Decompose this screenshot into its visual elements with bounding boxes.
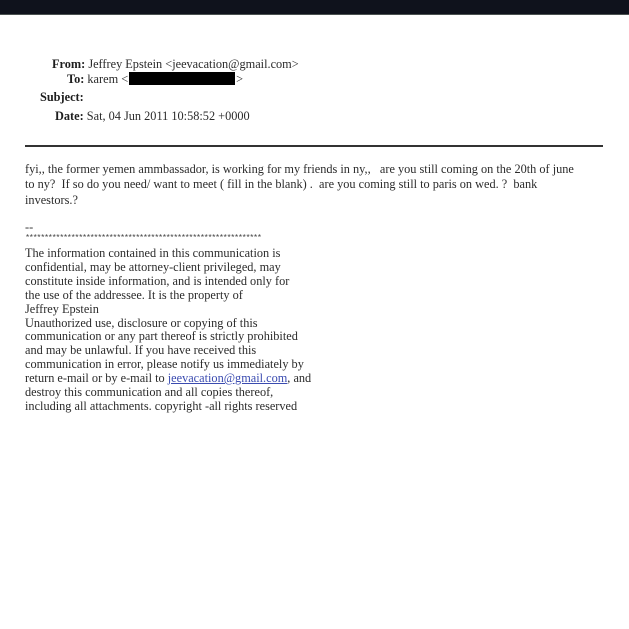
from-value: Jeffrey Epstein <jeevacation@gmail.com> xyxy=(88,57,298,71)
disclaimer-line: communication or any part thereof is str… xyxy=(25,330,345,344)
header-divider xyxy=(25,145,603,147)
from-row: From: Jeffrey Epstein <jeevacation@gmail… xyxy=(52,57,299,72)
confidentiality-disclaimer: The information contained in this commun… xyxy=(25,247,345,414)
link-suffix: , and xyxy=(287,371,311,385)
disclaimer-line: and may be unlawful. If you have receive… xyxy=(25,344,345,358)
signature-dash: -- xyxy=(25,222,261,232)
disclaimer-line: including all attachments. copyright -al… xyxy=(25,400,345,414)
subject-label: Subject: xyxy=(40,90,84,104)
to-row: To: karem <> xyxy=(67,72,243,87)
top-bar xyxy=(0,0,629,15)
signature-stars: ****************************************… xyxy=(25,232,261,244)
redaction-bar xyxy=(129,72,235,85)
disclaimer-line: confidential, may be attorney-client pri… xyxy=(25,261,345,275)
disclaimer-line: the use of the addressee. It is the prop… xyxy=(25,289,345,303)
email-link[interactable]: jeevacation@gmail.com xyxy=(168,371,288,385)
disclaimer-line: destroy this communication and all copie… xyxy=(25,386,345,400)
disclaimer-line: Unauthorized use, disclosure or copying … xyxy=(25,317,345,331)
disclaimer-line: Jeffrey Epstein xyxy=(25,303,345,317)
from-label: From: xyxy=(52,57,85,71)
to-close: > xyxy=(236,72,243,86)
disclaimer-line: communication in error, please notify us… xyxy=(25,358,345,372)
date-value: Sat, 04 Jun 2011 10:58:52 +0000 xyxy=(87,109,250,123)
disclaimer-line: The information contained in this commun… xyxy=(25,247,345,261)
to-label: To: xyxy=(67,72,84,86)
link-prefix: return e-mail or by e-mail to xyxy=(25,371,168,385)
body-line: fyi,, the former yemen ammbassador, is w… xyxy=(25,162,610,177)
to-name: karem < xyxy=(87,72,128,86)
email-body: fyi,, the former yemen ammbassador, is w… xyxy=(25,162,610,208)
disclaimer-line: constitute inside information, and is in… xyxy=(25,275,345,289)
subject-row: Subject: xyxy=(40,90,84,105)
body-line: investors.? xyxy=(25,193,610,208)
date-label: Date: xyxy=(55,109,84,123)
date-row: Date: Sat, 04 Jun 2011 10:58:52 +0000 xyxy=(55,109,250,124)
body-line: to ny? If so do you need/ want to meet (… xyxy=(25,177,610,192)
disclaimer-link-line: return e-mail or by e-mail to jeevacatio… xyxy=(25,372,345,386)
signature-separator: -- *************************************… xyxy=(25,222,261,244)
